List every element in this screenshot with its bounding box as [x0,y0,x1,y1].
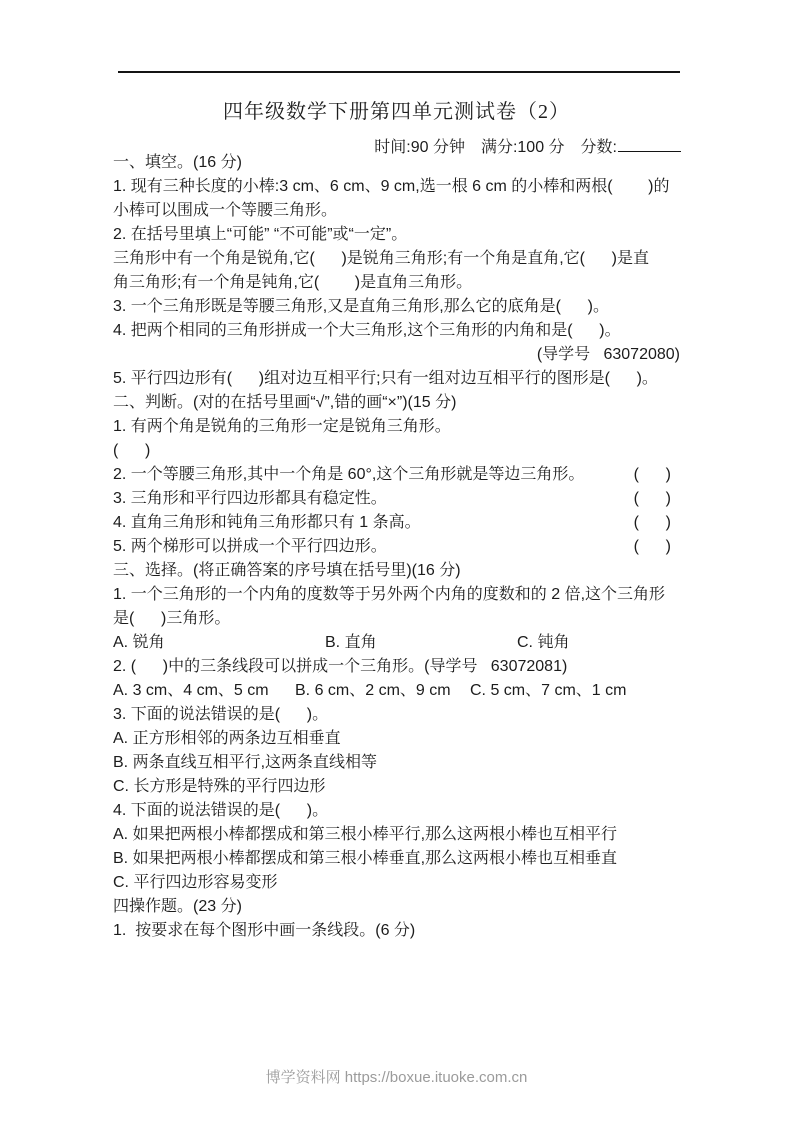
s3-q2-line: 2. ( )中的三条线段可以拼成一个三角形。(导学号 63072081) [113,655,681,679]
s2-q5-text: 5. 两个梯形可以拼成一个平行四边形。 [113,535,387,559]
s2-q3-paren: ( ) [634,487,681,511]
s3-q1-line-1: 1. 一个三角形的一个内角的度数等于另外两个内角的度数和的 2 倍,这个三角形 [113,583,681,607]
section-4-heading: 四操作题。(23 分) [113,895,681,919]
s2-q5-paren: ( ) [634,535,681,559]
test-paper-page: 四年级数学下册第四单元测试卷（2） 时间:90 分钟 满分:100 分 分数: … [0,0,793,1122]
s1-q2-line-3: 角三角形;有一个角是钝角,它( )是直角三角形。 [113,271,681,295]
s2-q2-row: 2. 一个等腰三角形,其中一个角是 60°,这个三角形就是等边三角形。 ( ) [113,463,681,487]
page-title: 四年级数学下册第四单元测试卷（2） [0,99,793,125]
paper-body: 一、填空。(16 分) 1. 现有三种长度的小棒:3 cm、6 cm、9 cm,… [113,151,681,943]
score-blank-line [618,137,681,152]
s1-q2-line-1: 2. 在括号里填上“可能” “不可能”或“一定”。 [113,223,681,247]
s3-q4-option-a: A. 如果把两根小棒都摆成和第三根小棒平行,那么这两根小棒也互相平行 [113,823,681,847]
s3-q2-options: A. 3 cm、4 cm、5 cm B. 6 cm、2 cm、9 cm C. 5… [113,679,681,703]
s3-q1-option-c: C. 钝角 [517,631,681,655]
s3-q3-option-c: C. 长方形是特殊的平行四边形 [113,775,681,799]
s2-q2-paren: ( ) [634,463,681,487]
footer-credit: 博学资料网 https://boxue.ituoke.com.cn [0,1066,793,1090]
s2-q4-row: 4. 直角三角形和钝角三角形都只有 1 条高。 ( ) [113,511,681,535]
s3-q1-options: A. 锐角 B. 直角 C. 钝角 [113,631,681,655]
s2-q1-text: 1. 有两个角是锐角的三角形一定是锐角三角形。 [113,415,681,439]
s1-q2-line-2: 三角形中有一个角是锐角,它( )是锐角三角形;有一个角是直角,它( )是直 [113,247,681,271]
s3-q1-option-a: A. 锐角 [113,631,325,655]
s2-q5-row: 5. 两个梯形可以拼成一个平行四边形。 ( ) [113,535,681,559]
s2-q1-paren: ( ) [113,439,681,463]
s3-q3-line: 3. 下面的说法错误的是( )。 [113,703,681,727]
s3-q2-option-c: C. 5 cm、7 cm、1 cm [470,679,681,703]
s3-q1-line-2: 是( )三角形。 [113,607,681,631]
s3-q4-option-b: B. 如果把两根小棒都摆成和第三根小棒垂直,那么这两根小棒也互相垂直 [113,847,681,871]
s2-q3-row: 3. 三角形和平行四边形都具有稳定性。 ( ) [113,487,681,511]
s2-q2-text: 2. 一个等腰三角形,其中一个角是 60°,这个三角形就是等边三角形。 [113,463,584,487]
section-3-heading: 三、选择。(将正确答案的序号填在括号里)(16 分) [113,559,681,583]
s3-q3-option-b: B. 两条直线互相平行,这两条直线相等 [113,751,681,775]
s2-q4-paren: ( ) [634,511,681,535]
s1-q4-ref-code: (导学号 63072080) [113,343,681,367]
s3-q4-line: 4. 下面的说法错误的是( )。 [113,799,681,823]
section-2-heading: 二、判断。(对的在括号里画“√”,错的画“×”)(15 分) [113,391,681,415]
s3-q1-option-b: B. 直角 [325,631,517,655]
s2-q3-text: 3. 三角形和平行四边形都具有稳定性。 [113,487,387,511]
section-1-heading: 一、填空。(16 分) [113,151,681,175]
s3-q2-option-b: B. 6 cm、2 cm、9 cm [295,679,470,703]
header-rule [118,71,680,73]
s2-q4-text: 4. 直角三角形和钝角三角形都只有 1 条高。 [113,511,421,535]
s1-q5-line: 5. 平行四边形有( )组对边互相平行;只有一组对边互相平行的图形是( )。 [113,367,681,391]
s3-q3-option-a: A. 正方形相邻的两条边互相垂直 [113,727,681,751]
s4-q1-line: 1. 按要求在每个图形中画一条线段。(6 分) [113,919,681,943]
s1-q4-line: 4. 把两个相同的三角形拼成一个大三角形,这个三角形的内角和是( )。 [113,319,681,343]
s1-q3-line: 3. 一个三角形既是等腰三角形,又是直角三角形,那么它的底角是( )。 [113,295,681,319]
s1-q1-line-2: 小棒可以围成一个等腰三角形。 [113,199,681,223]
s1-q1-line-1: 1. 现有三种长度的小棒:3 cm、6 cm、9 cm,选一根 6 cm 的小棒… [113,175,681,199]
s3-q2-option-a: A. 3 cm、4 cm、5 cm [113,679,295,703]
s3-q4-option-c: C. 平行四边形容易变形 [113,871,681,895]
